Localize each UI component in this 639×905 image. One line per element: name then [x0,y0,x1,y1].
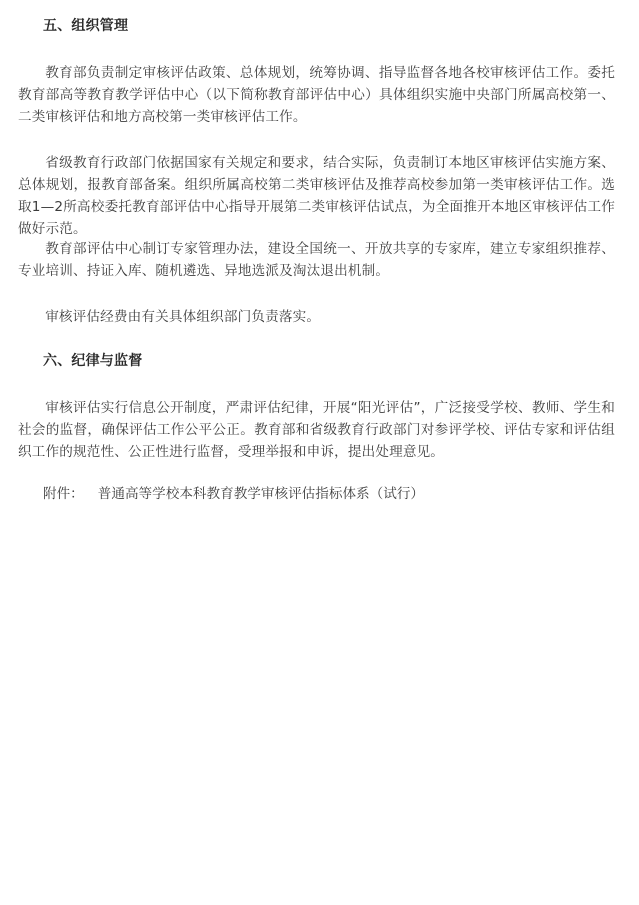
paragraph-expert-management: 教育部评估中心制订专家管理办法，建设全国统一、开放共享的专家库，建立专家组织推荐… [18,238,615,282]
paragraph-ministry-responsibility: 教育部负责制定审核评估政策、总体规划，统筹协调、指导监督各地各校审核评估工作。委… [18,62,615,128]
attachment-label: 附件： [43,486,84,502]
paragraph-funding: 审核评估经费由有关具体组织部门负责落实。 [18,306,615,328]
section-heading-organization: 五、组织管理 [43,15,128,37]
attachment-line: 附件：普通高等学校本科教育教学审核评估指标体系（试行） [43,483,424,505]
paragraph-discipline-supervision: 审核评估实行信息公开制度，严肃评估纪律，开展“阳光评估”，广泛接受学校、教师、学… [18,397,615,463]
section-heading-discipline: 六、纪律与监督 [43,350,142,372]
paragraph-provincial-responsibility: 省级教育行政部门依据国家有关规定和要求，结合实际，负责制订本地区审核评估实施方案… [18,152,615,240]
attachment-title-link[interactable]: 普通高等学校本科教育教学审核评估指标体系（试行） [98,486,424,502]
